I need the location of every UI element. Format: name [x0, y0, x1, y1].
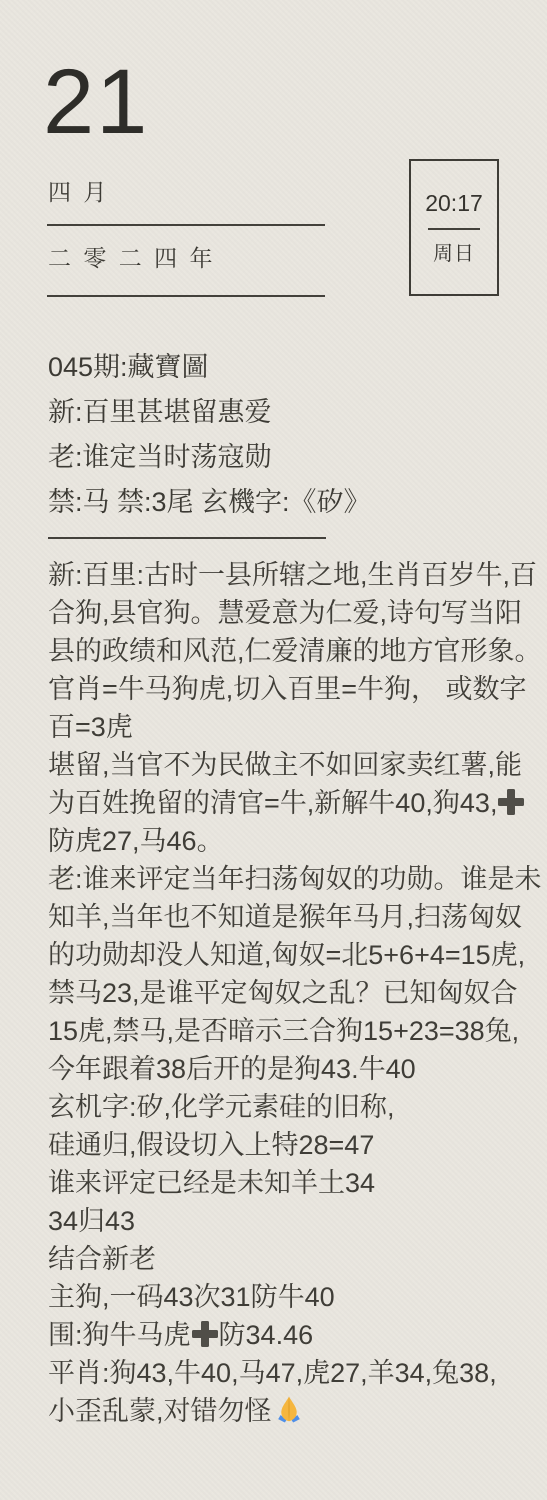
body-line: 34归43: [48, 1202, 518, 1240]
day-number: 21: [43, 56, 149, 148]
time-box-divider: [428, 228, 480, 230]
calendar-page: 21 四 月 二 零 二 四 年 20:17 周日 045期:藏寶圖 新:百里甚…: [0, 0, 547, 1500]
body-line: 结合新老: [48, 1240, 518, 1278]
body-line: 县的政绩和风范,仁爱清廉的地方官形象。: [48, 632, 518, 670]
time-box: 20:17 周日: [409, 159, 499, 296]
body-line: 小歪乱蒙,对错勿怪: [48, 1392, 518, 1430]
body-line: 堪留,当官不为民做主不如回家卖红薯,能: [48, 746, 518, 784]
body-line: 知羊,当年也不知道是猴年马月,扫荡匈奴: [48, 898, 518, 936]
new-riddle-line: 新:百里甚堪留惠爱: [48, 390, 518, 435]
content-divider: [48, 537, 326, 539]
body-line: 的功勋却没人知道,匈奴=北5+6+4=15虎,: [48, 936, 518, 974]
month-label: 四 月: [48, 180, 109, 204]
body-line: 15虎,禁马,是否暗示三合狗15+23=38兔,: [48, 1012, 518, 1050]
weekday-label: 周日: [433, 243, 475, 265]
plus-icon: [498, 789, 524, 815]
plus-icon: [192, 1321, 218, 1347]
body-line: 官肖=牛马狗虎,切入百里=牛狗， 或数字: [48, 670, 518, 708]
body-line: 百=3虎: [48, 708, 518, 746]
body-line: 合狗,县官狗。慧爱意为仁爱,诗句写当阳: [48, 594, 518, 632]
body-line: 今年跟着38后开的是狗43.牛40: [48, 1050, 518, 1088]
folded-hands-icon: [274, 1395, 304, 1425]
body-line: 新:百里:古时一县所辖之地,生肖百岁牛,百: [48, 556, 518, 594]
body-line: 围:狗牛马虎防34.46: [48, 1316, 518, 1354]
month-divider: [47, 224, 325, 226]
issue-title: 045期:藏寶圖: [48, 345, 518, 390]
body-line: 谁来评定已经是未知羊土34: [48, 1164, 518, 1202]
body-line: 防虎27,马46。: [48, 822, 518, 860]
body-line: 禁马23,是谁平定匈奴之乱？已知匈奴合: [48, 974, 518, 1012]
body-line: 老:谁来评定当年扫荡匈奴的功勋。谁是未: [48, 860, 518, 898]
year-divider: [47, 295, 325, 297]
year-label: 二 零 二 四 年: [48, 246, 216, 270]
body-line: 玄机字:矽,化学元素硅的旧称,: [48, 1088, 518, 1126]
body-line: 平肖:狗43,牛40,马47,虎27,羊34,兔38,: [48, 1354, 518, 1392]
body-line: 硅通归,假设切入上特28=47: [48, 1126, 518, 1164]
forbidden-line: 禁:马 禁:3尾 玄機字:《矽》: [48, 480, 518, 525]
body-line: 为百姓挽留的清官=牛,新解牛40,狗43,: [48, 784, 518, 822]
old-riddle-line: 老:谁定当时荡寇勋: [48, 435, 518, 480]
body-line: 主狗,一码43次31防牛40: [48, 1278, 518, 1316]
reading-content: 045期:藏寶圖 新:百里甚堪留惠爱 老:谁定当时荡寇勋 禁:马 禁:3尾 玄機…: [48, 345, 518, 1430]
time-label: 20:17: [425, 191, 483, 215]
